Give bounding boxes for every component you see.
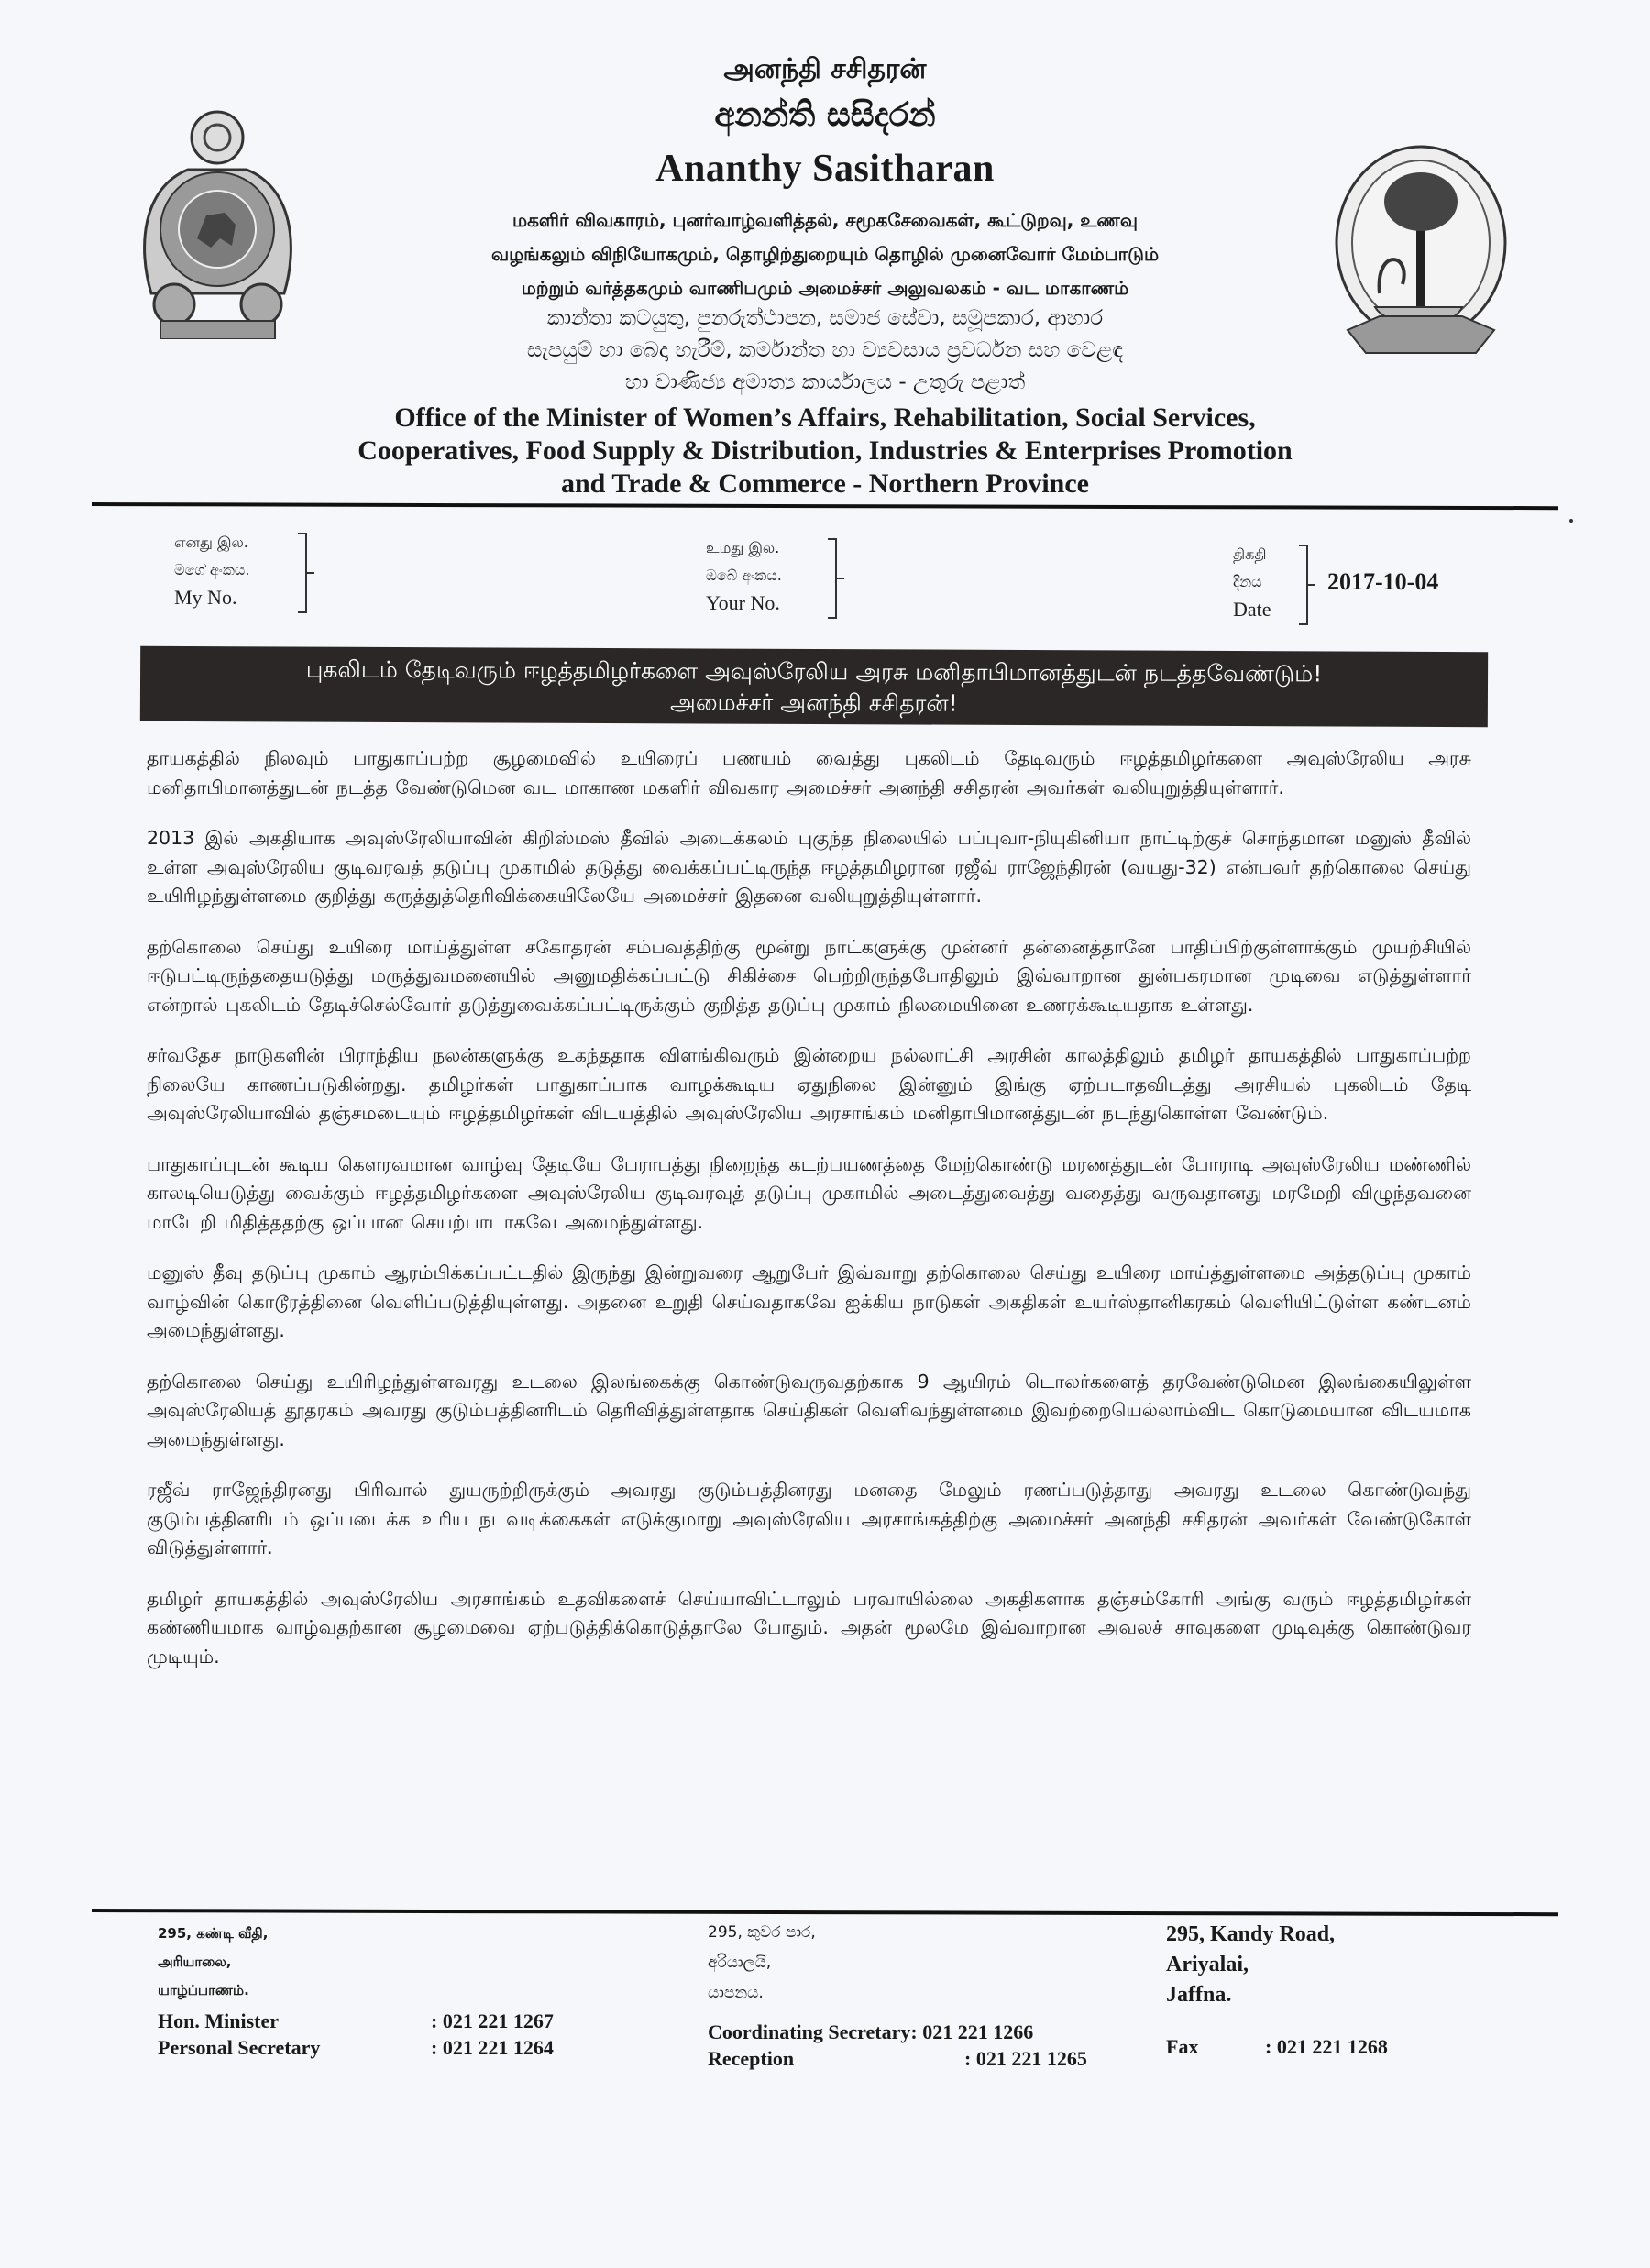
paragraph: சர்வதேச நாடுகளின் பிராந்திய நலன்களுக்கு … xyxy=(147,1041,1471,1128)
date-value: 2017-10-04 xyxy=(1327,568,1438,596)
contacts-fax: Fax : 021 221 1268 xyxy=(1166,2035,1388,2062)
paragraph: தற்கொலை செய்து உயிரிழந்துள்ளவரது உடலை இல… xyxy=(147,1368,1471,1455)
your-number-field: உமது இல. ඔබේ අංකය. Your No. xyxy=(706,534,862,617)
contact-row: Fax : 021 221 1268 xyxy=(1166,2035,1388,2059)
press-release-body: தாயகத்தில் நிலவும் பாதுகாப்பற்ற சூழமைவில… xyxy=(147,744,1471,1693)
bracket-icon xyxy=(298,533,307,613)
paragraph: தமிழர் தாயகத்தில் அவுஸ்ரேலிய அரசாங்கம் உ… xyxy=(147,1585,1471,1672)
scan-mark xyxy=(1569,519,1573,523)
paragraph: 2013 இல் அகதியாக அவுஸ்ரேலியாவின் கிறிஸ்ம… xyxy=(147,824,1471,911)
paragraph: தற்கொலை செய்து உயிரை மாய்த்துள்ள சகோதரன்… xyxy=(147,933,1471,1020)
bracket-icon xyxy=(1299,545,1308,625)
minister-name-sinhala: අනන්ති සසිදරන් xyxy=(275,96,1375,135)
footer-divider xyxy=(92,1909,1558,1916)
my-number-field: எனது இல. මගේ අංකය. My No. xyxy=(174,529,330,611)
paragraph: பாதுகாப்புடன் கூடிய கௌரவமான வாழ்வு தேடிய… xyxy=(147,1151,1471,1238)
date-field: திகதி දිනය Date xyxy=(1233,541,1343,623)
office-title-tamil: மகளிர் விவகாரம், புனர்வாழ்வளித்தல், சமூக… xyxy=(275,204,1375,305)
address-english: 295, Kandy Road, Ariyalai, Jaffna. xyxy=(1166,1920,1335,2010)
office-title-sinhala: කාන්තා කටයුතු, පුනරුත්ථාපන, සමාජ සේවා, ස… xyxy=(275,303,1375,399)
contact-row: Reception : 021 221 1265 xyxy=(708,2047,1087,2071)
contact-row: Coordinating Secretary : 021 221 1266 xyxy=(708,2020,1087,2044)
contacts-minister: Hon. Minister : 021 221 1267 Personal Se… xyxy=(158,2009,554,2063)
press-release-title: புகலிடம் தேடிவரும் ஈழத்தமிழர்களை அவுஸ்ரே… xyxy=(140,646,1488,727)
address-tamil: 295, கண்டி வீதி, அரியாலை, யாழ்ப்பாணம். xyxy=(158,1920,268,2005)
paragraph: ரஜீவ் ராஜேந்திரனது பிரிவால் துயருற்றிருக… xyxy=(147,1476,1471,1563)
office-title-english: Office of the Minister of Women’s Affair… xyxy=(275,402,1375,501)
header-divider xyxy=(92,502,1558,510)
minister-name-tamil: அனந்தி சசிதரன் xyxy=(275,53,1375,89)
address-sinhala: 295, කුවර පාර, අරියාලයි, යාපනය. xyxy=(708,1918,816,2009)
paragraph: மனுஸ் தீவு தடுப்பு முகாம் ஆரம்பிக்கப்பட்… xyxy=(147,1259,1471,1346)
contact-row: Hon. Minister : 021 221 1267 xyxy=(158,2009,554,2033)
paragraph: தாயகத்தில் நிலவும் பாதுகாப்பற்ற சூழமைவில… xyxy=(147,744,1471,802)
contact-row: Personal Secretary : 021 221 1264 xyxy=(158,2036,554,2060)
contacts-secretary: Coordinating Secretary : 021 221 1266 Re… xyxy=(708,2020,1087,2074)
bracket-icon xyxy=(828,538,837,619)
minister-name-english: Ananthy Sasitharan xyxy=(275,147,1375,191)
